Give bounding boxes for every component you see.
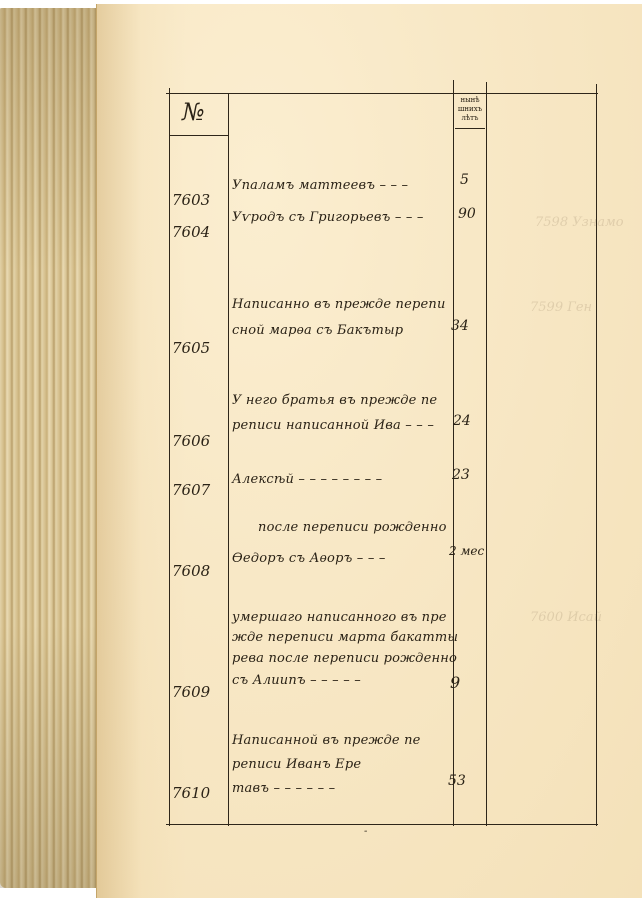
header-divider-number <box>170 135 228 136</box>
page-gutter-shadow <box>96 4 186 898</box>
entry-age: 5 <box>460 172 469 188</box>
entry-number: 7603 <box>172 191 210 209</box>
page-stack-shading <box>0 8 110 888</box>
entry-text: реписи Иванъ Ере <box>232 757 361 772</box>
entry-text: Написанной въ прежде пе <box>232 733 421 748</box>
entry-number: 7610 <box>172 784 210 802</box>
age-column-right-border <box>486 82 487 826</box>
entry-number: 7604 <box>172 223 210 241</box>
bleed-through-text: 7600 Исай <box>530 610 602 625</box>
entry-age: 34 <box>451 318 469 334</box>
page-mark: - <box>364 826 367 837</box>
entry-age: 2 мес <box>449 544 484 558</box>
entry-text: Алексѣй – – – – – – – – <box>232 472 382 487</box>
entry-text: тавъ – – – – – – <box>232 781 335 796</box>
age-column-left-border <box>453 80 454 826</box>
entry-age: 23 <box>452 467 470 483</box>
bleed-through-text: 7598 Узнамо <box>535 215 624 230</box>
entry-text: Ѳедоръ съ Аѳоръ – – – <box>232 551 386 566</box>
number-column-header: № <box>182 98 205 126</box>
entry-text: Уѵродъ съ Григорьевъ – – – <box>232 210 424 225</box>
section-heading: после переписи рожденно <box>258 520 447 535</box>
entry-number: 7608 <box>172 562 210 580</box>
table-right-border <box>596 84 597 826</box>
entry-age: 90 <box>458 206 476 222</box>
entry-text: У него братья въ прежде пе <box>232 393 437 408</box>
entry-number: 7606 <box>172 432 210 450</box>
entry-number: 7607 <box>172 481 210 499</box>
entry-text: рева после переписи рожденно <box>232 651 457 666</box>
age-header-line: шнихъ <box>455 105 485 114</box>
entry-text: сной марѳа съ Бакътыр <box>232 323 403 338</box>
age-header-line: нынѣ <box>455 96 485 105</box>
header-divider-age <box>455 128 485 129</box>
entry-age: 24 <box>453 413 471 429</box>
entry-text: реписи написанной Ива – – – <box>232 418 434 433</box>
entry-age: 9 <box>450 673 460 692</box>
entry-number: 7609 <box>172 683 210 701</box>
entry-age: 53 <box>448 773 466 789</box>
age-column-header: нынѣ шнихъ лѣтъ <box>455 96 485 123</box>
table-bottom-border <box>166 824 598 825</box>
table-left-border <box>169 88 170 826</box>
number-column-divider <box>228 93 229 826</box>
entry-text: жде переписи марта бакатты <box>232 630 458 645</box>
bleed-through-text: 7599 Ген <box>530 300 592 315</box>
entry-text: умершаго написанного въ пре <box>232 610 447 625</box>
entry-number: 7605 <box>172 339 210 357</box>
age-header-line: лѣтъ <box>455 114 485 123</box>
table-top-border <box>166 93 598 94</box>
entry-text: Упаламъ маттеевъ – – – <box>232 178 408 193</box>
entry-text: съ Алиипъ – – – – – <box>232 673 361 688</box>
entry-text: Написанно въ прежде перепи <box>232 297 446 312</box>
